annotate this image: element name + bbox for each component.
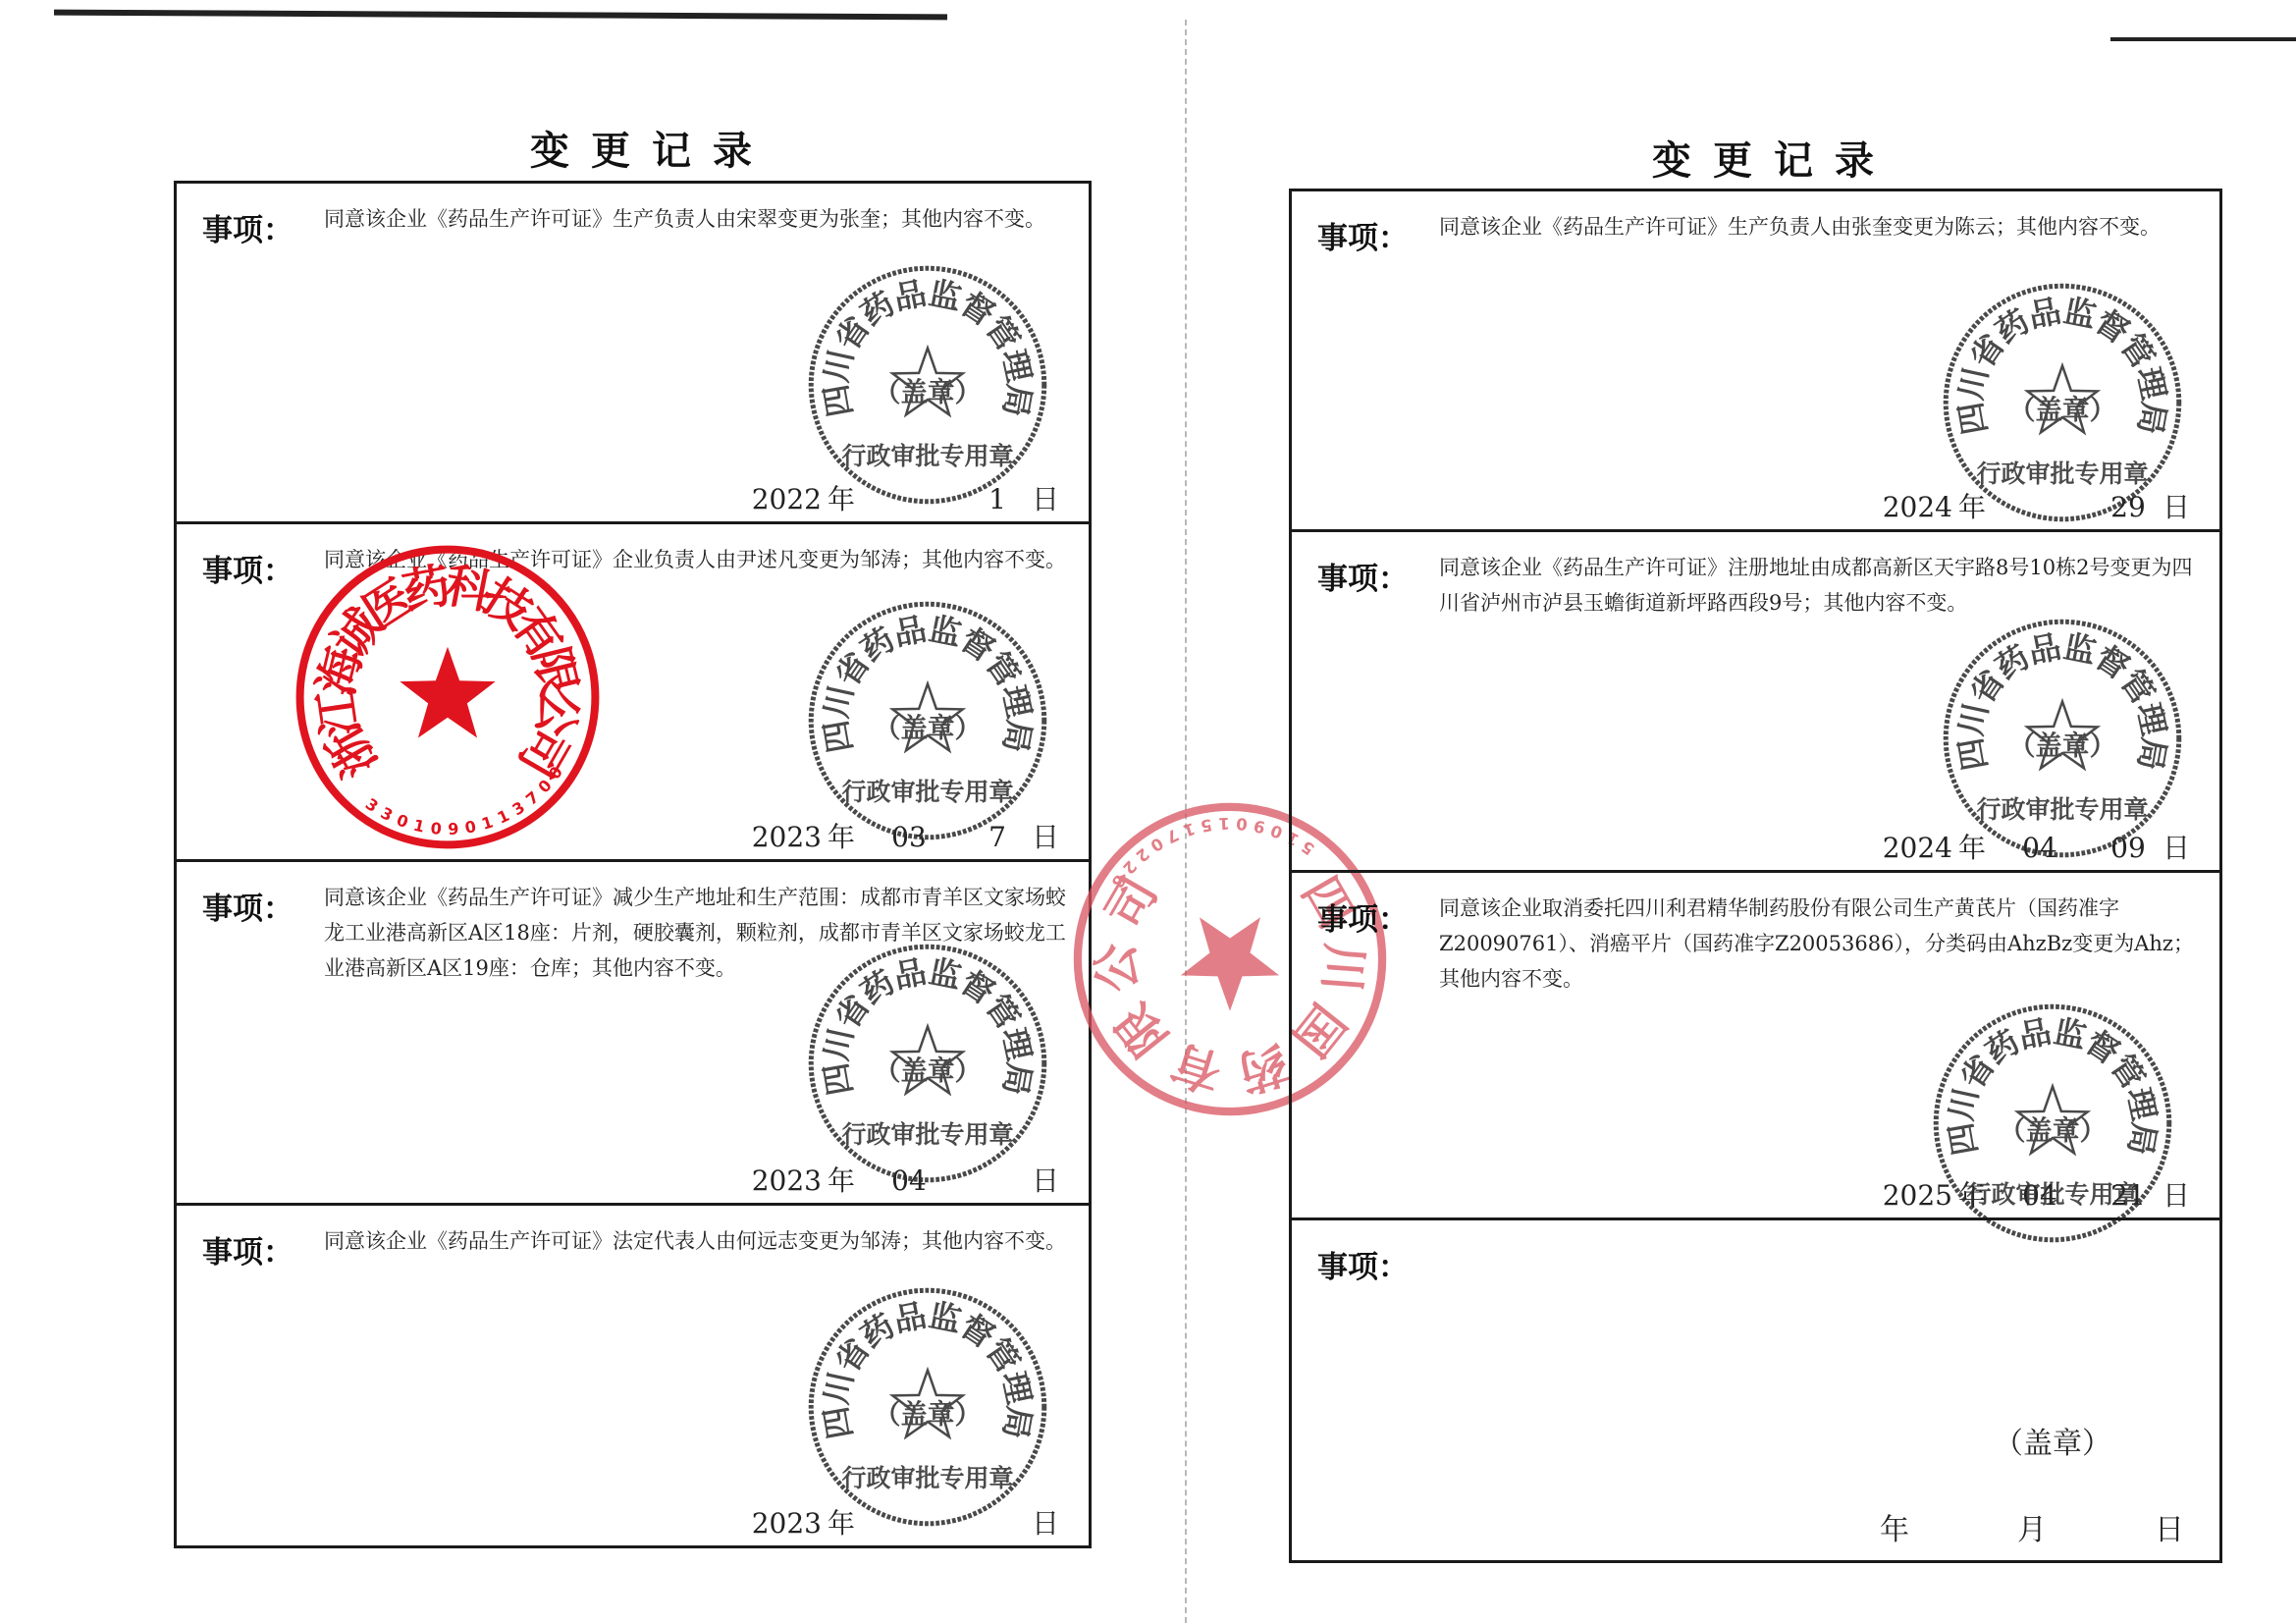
svg-text:四: 四 — [817, 382, 859, 420]
svg-text:理: 理 — [994, 682, 1038, 722]
gov-approval-seal: 四川省药品监督管理局（盖章）行政审批专用章 — [1940, 616, 2185, 861]
svg-text:（盖章）: （盖章） — [1999, 1115, 2107, 1147]
scan-edge-top-right — [2110, 37, 2296, 41]
record-text: 同意该企业《药品生产许可证》法定代表人由何远志变更为邹涛；其他内容不变。 — [324, 1223, 1067, 1259]
gov-approval-seal: 四川省药品监督管理局（盖章）行政审批专用章 — [805, 262, 1050, 508]
svg-text:四: 四 — [1951, 735, 1994, 774]
record-text: 同意该企业《药品生产许可证》生产负责人由张奎变更为陈云；其他内容不变。 — [1439, 209, 2198, 244]
svg-text:理: 理 — [994, 347, 1038, 386]
record-label: 事项： — [1317, 554, 1409, 598]
svg-text:1: 1 — [1218, 814, 1230, 833]
company-seal: 浙江海诚医药科技有限公司3301090113700 — [291, 540, 605, 854]
svg-text:理: 理 — [2119, 1085, 2163, 1124]
svg-text:行政审批专用章: 行政审批专用章 — [1976, 795, 2148, 824]
svg-text:9: 9 — [1252, 816, 1266, 837]
date-month-label: 月 — [2017, 1505, 2047, 1548]
svg-text:（盖章）: （盖章） — [874, 377, 982, 408]
blank-date-line: 年月日 — [1772, 1505, 2184, 1548]
svg-text:品: 品 — [2026, 627, 2064, 671]
svg-text:局: 局 — [996, 718, 1039, 756]
svg-text:9: 9 — [448, 820, 459, 839]
record-label: 事项： — [202, 884, 294, 928]
gov-approval-seal: 四川省药品监督管理局（盖章）行政审批专用章 — [805, 598, 1050, 843]
record-row: 事项： 同意该企业《药品生产许可证》法定代表人由何远志变更为邹涛；其他内容不变。… — [177, 1203, 1089, 1545]
svg-text:7: 7 — [522, 787, 543, 809]
record-label: 事项： — [1317, 894, 1409, 939]
left-page-title: 变更记录 — [530, 120, 774, 176]
record-label: 事项： — [202, 546, 294, 590]
svg-text:7: 7 — [1163, 825, 1181, 846]
svg-text:（盖章）: （盖章） — [874, 1055, 982, 1087]
svg-text:3: 3 — [508, 797, 528, 819]
record-label: 事项： — [1317, 213, 1409, 257]
gov-approval-seal: 四川省药品监督管理局（盖章）行政审批专用章 — [805, 941, 1050, 1186]
svg-text:品: 品 — [891, 610, 930, 653]
gov-approval-seal: 四川省药品监督管理局（盖章）行政审批专用章 — [1940, 280, 2185, 525]
record-row: 事项： 同意该企业《药品生产许可证》减少生产地址和生产范围：成都市青羊区文家场蛟… — [177, 859, 1089, 1203]
date-day-label: 日 — [2155, 1505, 2184, 1548]
svg-text:（盖章）: （盖章） — [2008, 395, 2116, 426]
svg-text:3: 3 — [378, 803, 397, 825]
record-row: 事项： 同意该企业《药品生产许可证》生产负责人由宋翠变更为张奎；其他内容不变。 … — [177, 184, 1089, 521]
svg-text:药: 药 — [1232, 1033, 1295, 1102]
svg-text:局: 局 — [996, 1060, 1039, 1099]
gov-approval-seal: 四川省药品监督管理局（盖章）行政审批专用章 — [1930, 1001, 2175, 1246]
svg-text:行政审批专用章: 行政审批专用章 — [1976, 460, 2148, 488]
svg-text:品: 品 — [891, 952, 930, 996]
right-record-table: 事项： 同意该企业《药品生产许可证》生产负责人由张奎变更为陈云；其他内容不变。 … — [1289, 189, 2222, 1563]
svg-text:品: 品 — [2016, 1012, 2055, 1055]
record-row: 事项： 同意该企业《药品生产许可证》生产负责人由张奎变更为陈云；其他内容不变。 … — [1292, 191, 2219, 529]
right-page-title: 变更记录 — [1652, 130, 1896, 186]
svg-text:0: 0 — [430, 819, 443, 839]
record-label: 事项： — [1317, 1242, 1409, 1286]
svg-text:1: 1 — [1181, 819, 1198, 840]
svg-text:品: 品 — [2026, 292, 2064, 335]
svg-text:2: 2 — [1132, 844, 1152, 866]
svg-text:公: 公 — [1087, 941, 1148, 994]
svg-text:（盖章）: （盖章） — [874, 713, 982, 744]
svg-text:四: 四 — [817, 1404, 859, 1442]
svg-text:行政审批专用章: 行政审批专用章 — [841, 1464, 1013, 1492]
svg-text:0: 0 — [1148, 834, 1167, 855]
svg-text:行政审批专用章: 行政审批专用章 — [841, 778, 1013, 806]
record-label: 事项： — [202, 1227, 294, 1271]
svg-text:理: 理 — [2129, 364, 2172, 404]
svg-text:0: 0 — [395, 810, 411, 832]
svg-text:0: 0 — [1236, 814, 1249, 834]
record-label: 事项： — [202, 205, 294, 249]
svg-text:理: 理 — [994, 1369, 1038, 1408]
svg-text:行政审批专用章: 行政审批专用章 — [841, 1120, 1013, 1149]
svg-text:1: 1 — [479, 812, 495, 833]
record-row: 事项： 同意该企业《药品生产许可证》注册地址由成都高新区天宇路8号10栋2号变更… — [1292, 529, 2219, 870]
svg-text:局: 局 — [2131, 400, 2173, 438]
gov-approval-seal: 四川省药品监督管理局（盖章）行政审批专用章 — [805, 1284, 1050, 1530]
svg-text:四: 四 — [1942, 1120, 1984, 1159]
svg-text:0: 0 — [463, 817, 477, 838]
svg-text:5: 5 — [1200, 815, 1214, 836]
record-text: 同意该企业《药品生产许可证》生产负责人由宋翠变更为张奎；其他内容不变。 — [324, 201, 1067, 237]
svg-text:（盖章）: （盖章） — [2008, 730, 2116, 762]
date-year-label: 年 — [1880, 1505, 1909, 1548]
svg-text:四: 四 — [817, 718, 859, 756]
svg-text:四: 四 — [817, 1060, 859, 1099]
svg-text:理: 理 — [994, 1025, 1038, 1064]
svg-text:3: 3 — [362, 794, 382, 816]
svg-text:局: 局 — [996, 1404, 1039, 1442]
svg-text:0: 0 — [1268, 821, 1285, 842]
record-text: 同意该企业《药品生产许可证》注册地址由成都高新区天宇路8号10栋2号变更为四川省… — [1439, 550, 2198, 621]
svg-text:四: 四 — [1951, 400, 1994, 438]
svg-text:局: 局 — [996, 382, 1039, 420]
svg-text:局: 局 — [2121, 1120, 2163, 1159]
svg-text:有: 有 — [1165, 1033, 1228, 1102]
svg-text:品: 品 — [891, 274, 930, 317]
svg-text:（盖章）: （盖章） — [874, 1399, 982, 1431]
svg-text:局: 局 — [2131, 735, 2173, 774]
seal-placeholder-label: （盖章） — [1994, 1419, 2111, 1462]
left-record-table: 事项： 同意该企业《药品生产许可证》生产负责人由宋翠变更为张奎；其他内容不变。 … — [174, 181, 1092, 1548]
record-row-blank: 事项： （盖章） 年月日 — [1292, 1217, 2219, 1560]
record-row: 事项： 同意该企业取消委托四川利君精华制药股份有限公司生产黄芪片（国药准字Z20… — [1292, 870, 2219, 1217]
svg-text:理: 理 — [2129, 700, 2172, 739]
svg-text:行政审批专用章: 行政审批专用章 — [841, 442, 1013, 470]
svg-text:1: 1 — [411, 816, 426, 837]
svg-text:行政审批专用章: 行政审批专用章 — [1966, 1180, 2138, 1209]
svg-text:品: 品 — [891, 1296, 930, 1339]
svg-text:1: 1 — [495, 806, 512, 828]
scan-edge-top-left — [54, 10, 947, 21]
record-text: 同意该企业取消委托四川利君精华制药股份有限公司生产黄芪片（国药准字Z200907… — [1439, 891, 2198, 997]
